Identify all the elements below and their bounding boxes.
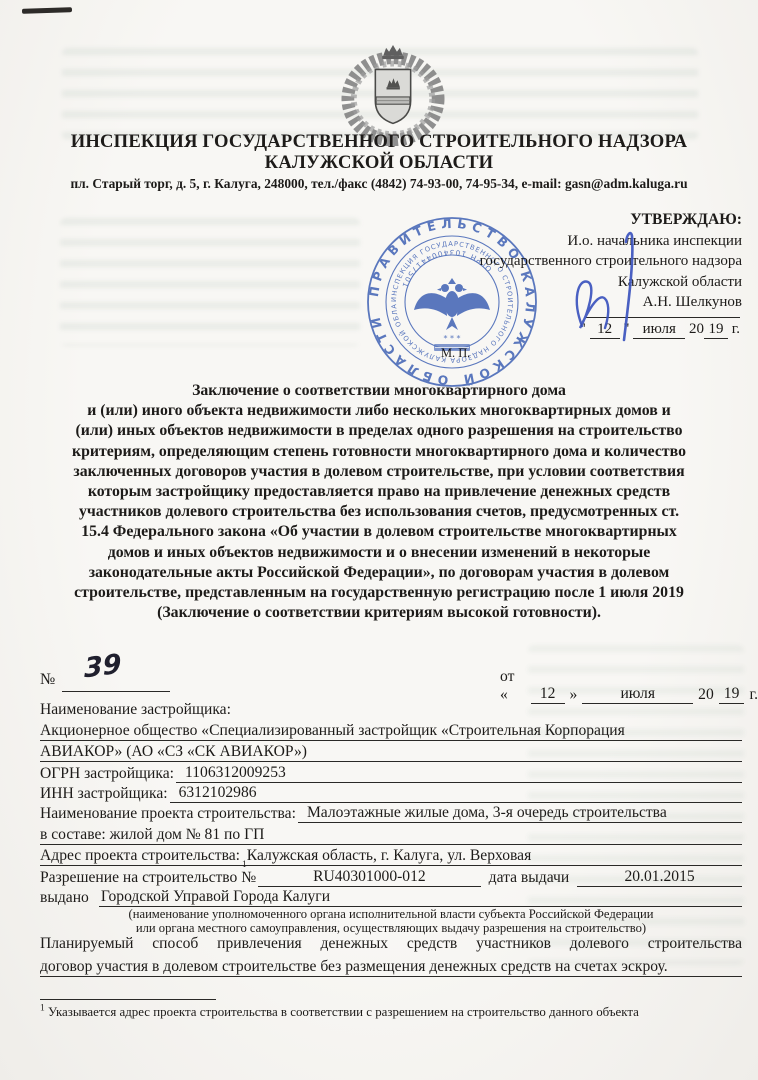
stamp-stars: * * *	[443, 334, 460, 343]
permit-number-value: RU40301000-012	[258, 868, 481, 887]
form-fields: Наименование застройщика: Акционерное об…	[40, 699, 742, 977]
project-row: Наименование проекта строительства: Мало…	[40, 803, 742, 823]
org-name-line1: ИНСПЕКЦИЯ ГОСУДАРСТВЕННОГО СТРОИТЕЛЬНОГО…	[0, 131, 758, 152]
method-line1: Планируемый способ привлечения денежных …	[40, 935, 742, 956]
ogrn-row: ОГРН застройщика: 1106312009253	[40, 762, 742, 782]
inn-value: 6312102986	[170, 784, 742, 803]
permit-label: Разрешение на строительство №	[40, 869, 258, 887]
number-sign: №	[40, 671, 55, 689]
method-line2: договор участия в долевом строительстве …	[40, 956, 742, 977]
project-label: Наименование проекта строительства:	[40, 805, 298, 823]
address-row: Адрес проекта строительства:1Калужская о…	[40, 845, 742, 866]
text-line: заключенных договоров участия в долевом …	[29, 462, 729, 482]
developer-value-line2: АВИАКОР» (АО «СЗ «СК АВИАКОР»)	[40, 743, 307, 761]
method-line2-text: договор участия в долевом строительстве …	[40, 958, 668, 976]
ogrn-label: ОГРН застройщика:	[40, 765, 176, 783]
text-line: 15.4 Федерального закона «Об участии в д…	[29, 522, 729, 542]
top-crown-icon	[382, 45, 404, 59]
inn-label: ИНН застройщика:	[40, 785, 170, 803]
issued-note-line1: (наименование уполномоченного органа исп…	[40, 907, 742, 921]
text-line: которым застройщику предоставляется прав…	[29, 482, 729, 502]
handwritten-number: 39	[84, 649, 122, 685]
bleedthrough-artifact	[60, 218, 360, 346]
issued-value: Городской Управой Города Калуги	[99, 888, 742, 907]
developer-label-row: Наименование застройщика:	[40, 699, 742, 719]
footnote: 1 Указывается адрес проекта строительств…	[40, 1005, 740, 1020]
text-line: законодательные акты Российской Федераци…	[29, 563, 729, 583]
permit-date-value: 20.01.2015	[577, 868, 742, 887]
developer-value-row2: АВИАКОР» (АО «СЗ «СК АВИАКОР»)	[40, 741, 742, 762]
document-title: Заключение о соответствии многоквартирно…	[29, 381, 729, 623]
double-headed-eagle-icon	[414, 278, 490, 330]
project-value: Малоэтажные жилые дома, 3-я очередь стро…	[298, 804, 742, 823]
text-line: критериям, определяющим степень готовнос…	[29, 442, 729, 462]
org-name: ИНСПЕКЦИЯ ГОСУДАРСТВЕННОГО СТРОИТЕЛЬНОГО…	[0, 131, 758, 173]
permit-row: Разрешение на строительство № RU40301000…	[40, 866, 742, 886]
org-name-line2: КАЛУЖСКОЙ ОБЛАСТИ	[0, 152, 758, 173]
org-address: пл. Старый торг, д. 5, г. Калуга, 248000…	[0, 176, 758, 192]
text-line: (Заключение о соответствии критериям выс…	[29, 603, 729, 623]
project-row2: в составе: жилой дом № 81 по ГП	[40, 823, 742, 844]
approval-year-prefix: 20	[689, 321, 704, 337]
footnote-divider	[40, 999, 216, 1000]
ogrn-value: 1106312009253	[176, 764, 742, 783]
text-line: домов и иных объектов недвижимости и о в…	[29, 543, 729, 563]
issued-label: выдано	[40, 889, 99, 907]
number-blank-line	[62, 691, 170, 692]
project-value-line2: в составе: жилой дом № 81 по ГП	[40, 826, 264, 844]
shield	[375, 69, 410, 123]
footnote-text: Указывается адрес проекта строительства …	[45, 1005, 639, 1019]
text-line: (или) иных объектов недвижимости в преде…	[29, 421, 729, 441]
issued-note-line2: или органа местного самоуправления, осущ…	[40, 921, 742, 935]
official-round-stamp: ПРАВИТЕЛЬСТВО КАЛУЖСКОЙ ОБЛАСТИ ИНСПЕКЦИ…	[364, 212, 540, 392]
issued-row: выдано Городской Управой Города Калуги	[40, 887, 742, 907]
scan-pen-mark	[22, 7, 72, 14]
text-line: и (или) иного объекта недвижимости либо …	[29, 401, 729, 421]
developer-value-line1: Акционерное общество «Специализированный…	[40, 722, 625, 740]
approval-year: 19	[704, 321, 728, 339]
developer-value-row1: Акционерное общество «Специализированный…	[40, 719, 742, 740]
text-line: участников долевого строительства без ис…	[29, 502, 729, 522]
permit-date-label: дата выдачи	[481, 869, 578, 887]
address-value: Калужская область, г. Калуга, ул. Верхов…	[247, 847, 532, 865]
scanned-document-page: ИНСПЕКЦИЯ ГОСУДАРСТВЕННОГО СТРОИТЕЛЬНОГО…	[0, 0, 758, 1080]
date-year-suffix: г.	[749, 686, 758, 704]
text-line: строительстве, представленным на государ…	[29, 583, 729, 603]
approval-date-suffix: г.	[732, 321, 740, 337]
developer-label: Наименование застройщика:	[40, 701, 233, 719]
stamp-band	[434, 344, 470, 351]
handwritten-signature	[552, 228, 682, 353]
address-label: Адрес проекта строительства:	[40, 847, 242, 865]
inn-row: ИНН застройщика: 6312102986	[40, 783, 742, 803]
